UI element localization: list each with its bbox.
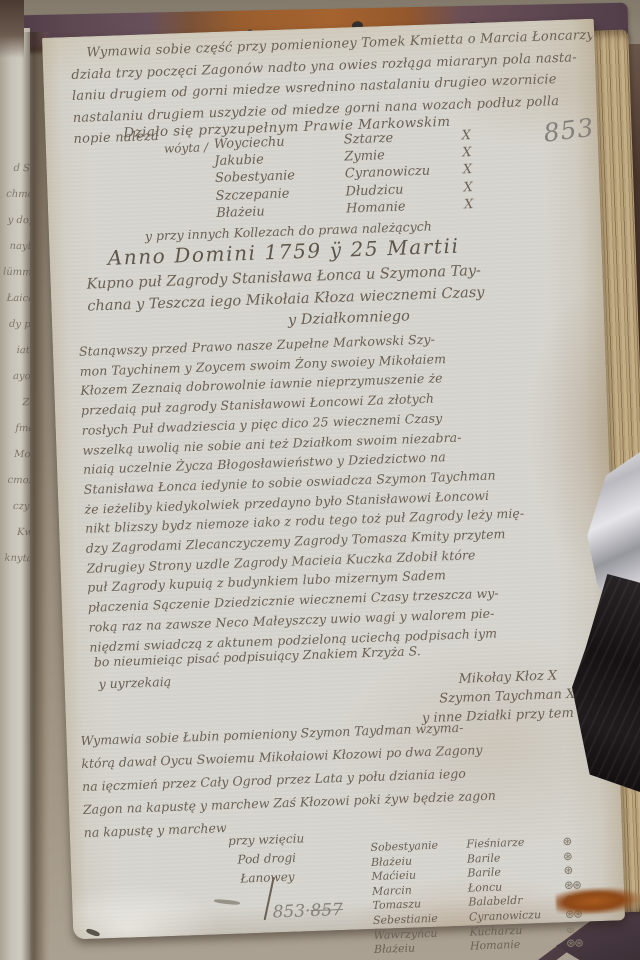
- pencil-page-number-bottom: 853·857: [272, 900, 343, 922]
- top-left-shadow: [0, 0, 24, 58]
- witness-row-m: X: [462, 144, 485, 162]
- witness-row-n: Błażeiu: [216, 200, 347, 222]
- page-number-current: 853·: [272, 901, 311, 922]
- page-number-struck: 857: [310, 900, 343, 921]
- witness-row-m: X: [461, 127, 484, 145]
- deed-body-closing-2: y uyrzekaią: [98, 674, 171, 692]
- marginal-note: przy wzięciuPod drogiŁanowey: [218, 829, 316, 889]
- reservation-clause: Wymawia sobie Łubin pomieniony Szymon Ta…: [80, 710, 620, 844]
- rust-stain: [555, 886, 640, 916]
- witness-seal-row-m: ⊛: [565, 921, 599, 937]
- witness-seal-row-m: ⊛⊛: [566, 935, 600, 951]
- paper-surface: Wymawia sobie część przy pomienioney Tom…: [42, 19, 625, 940]
- witness-row-m: X: [463, 161, 486, 179]
- voyt-label: wóyta /: [164, 140, 209, 156]
- witness-list-top: WoyciechuSztarzeXJakubieZymieXSobestyani…: [214, 127, 487, 222]
- witness-seal-row-m: ⊛: [563, 862, 597, 878]
- pencil-page-number-top: 853: [542, 113, 596, 148]
- note-line: przy wzięciu: [218, 829, 315, 851]
- witness-seal-row-m: ⊛: [563, 848, 597, 864]
- witness-row-m: X: [464, 195, 487, 213]
- witness-row-s: Homanie: [346, 196, 465, 217]
- manuscript-page: Wymawia sobie część przy pomienioney Tom…: [42, 17, 640, 941]
- note-line: Łanowey: [219, 867, 316, 889]
- deed-body: Stanąwszy przed Prawo nasze Zupełne Mark…: [79, 324, 614, 657]
- witness-row-m: X: [463, 178, 486, 196]
- manuscript-photo: { "page": { "pencil_number_top": "853", …: [0, 0, 640, 960]
- witness-seal-row-m: ⊛: [562, 833, 596, 849]
